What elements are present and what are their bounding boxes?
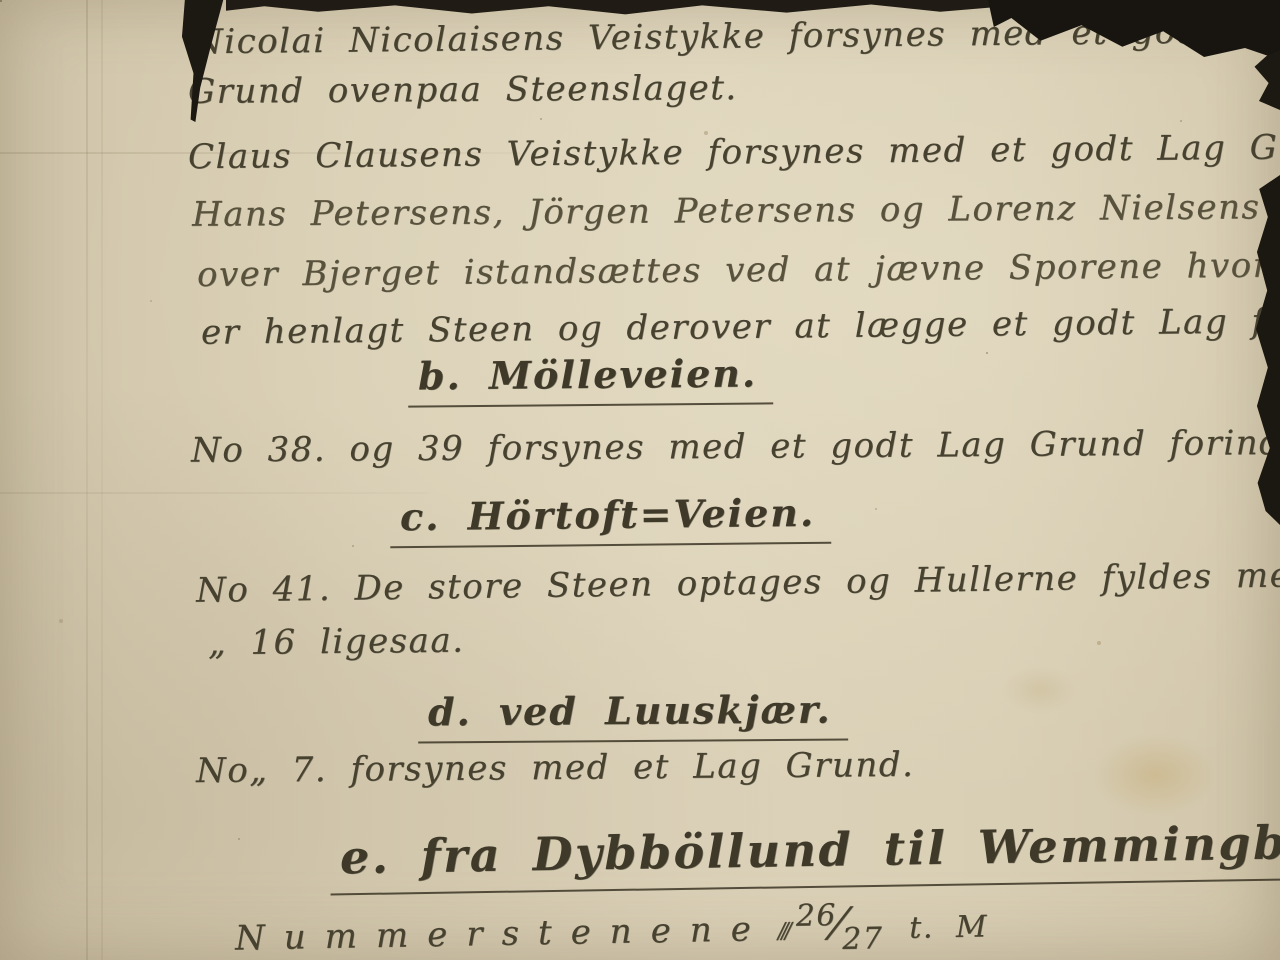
fraction-denominator: 27: [842, 921, 884, 957]
section-heading-b: b. Mölleveien.: [408, 350, 774, 407]
fold-crease: [86, 0, 88, 960]
ink-specks: [0, 0, 2, 2]
manuscript-line: Hans Petersens, Jörgen Petersens og Lore…: [192, 185, 1280, 235]
manuscript-line: Grund ovenpaa Steenslaget.: [188, 68, 738, 112]
fold-crease: [101, 0, 103, 960]
footer-tail: t. M: [909, 909, 988, 945]
date-fraction: 26⁄27: [795, 897, 883, 958]
manuscript-line: No 38. og 39 forsynes med et godt Lag Gr…: [191, 421, 1280, 470]
footer-label: Nummerstenene: [235, 909, 770, 958]
manuscript-paper: Nicolai Nicolaisens Veistykke forsynes m…: [0, 0, 1280, 960]
manuscript-line: er henlagt Steen og derover at lægge et …: [201, 299, 1280, 352]
section-heading-d: d. ved Luuskjær.: [418, 687, 848, 744]
manuscript-line: No 41. De store Steen optages og Hullern…: [196, 553, 1280, 611]
fraction-numerator: 26: [795, 898, 837, 934]
manuscript-line: over Bjerget istandsættes ved at jævne S…: [197, 245, 1280, 295]
section-heading-e: e. fra Dybböllund til Wemmingbund: [330, 814, 1280, 896]
manuscript-line: „ 16 ligesaa.: [208, 621, 465, 664]
section-heading-c: c. Hörtoft=Veien.: [390, 490, 832, 549]
insertion-mark: ///: [778, 919, 789, 944]
fold-crease: [0, 492, 430, 494]
manuscript-line: No„ 7. forsynes med et Lag Grund.: [196, 745, 915, 791]
manuscript-footer-line: Nummerstenene///26⁄27t. M: [235, 895, 989, 960]
manuscript-line: Claus Clausens Veistykke forsynes med et…: [188, 127, 1280, 177]
